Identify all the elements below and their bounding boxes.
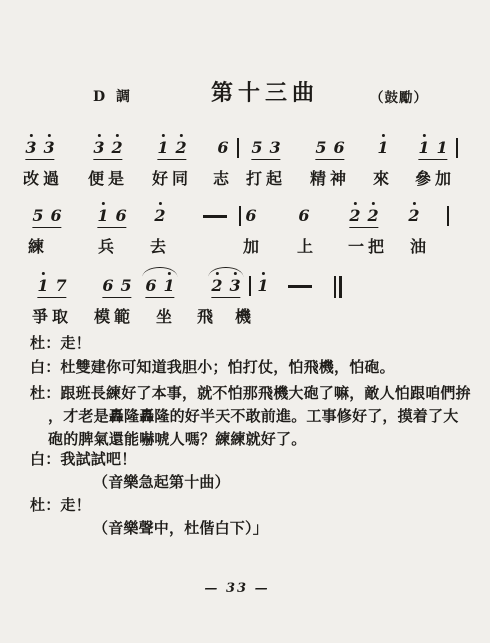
note-group: 23 <box>211 278 240 298</box>
octave-dot <box>412 202 415 205</box>
dialogue-line: 砲的脾氣還能嚇唬人嗎？練練就好了。 <box>48 430 306 448</box>
note-group: 56 <box>32 208 61 228</box>
dialogue-line: 白：杜雙建你可知道我胆小；怕打仗，怕飛機，怕砲。 <box>30 358 395 376</box>
stage-direction: （音樂聲中，杜偕白下）」 <box>93 519 268 537</box>
note-group: 11 <box>418 140 447 160</box>
note-group: 17 <box>37 278 66 298</box>
note-group: 2 <box>408 208 419 227</box>
octave-dot <box>41 272 44 275</box>
lyric: 練 <box>28 238 48 256</box>
barline <box>447 206 449 226</box>
lyric: 油 <box>410 238 430 256</box>
octave-dot <box>116 134 119 137</box>
lyric: 加 <box>243 238 263 256</box>
barline <box>237 138 239 158</box>
lyric: 去 <box>150 238 170 256</box>
octave-dot <box>101 202 104 205</box>
dialogue-line: 杜：走！ <box>30 496 91 514</box>
note-group: 16 <box>97 208 126 228</box>
note-group: 65 <box>102 278 131 298</box>
octave-dot <box>422 134 425 137</box>
note-group: 33 <box>25 140 54 160</box>
octave-dot <box>161 134 164 137</box>
lyric: 改過 <box>23 170 63 188</box>
dialogue-line: 白：我試試吧！ <box>30 450 136 468</box>
dialogue-line: 杜：走！ <box>30 334 91 352</box>
lyric: 打起 <box>246 170 286 188</box>
note-group: 1 <box>257 278 268 297</box>
lyric: 志 <box>213 170 233 188</box>
octave-dot <box>261 272 264 275</box>
dash-note <box>288 285 312 288</box>
lyric: 好同 <box>152 170 192 188</box>
octave-dot <box>381 134 384 137</box>
lyric: 上 <box>297 238 317 256</box>
note-group: 12 <box>157 140 186 160</box>
lyric: 便是 <box>88 170 128 188</box>
key-signature: D 調 <box>93 86 133 106</box>
note-group: 32 <box>93 140 122 160</box>
lyric: 坐 <box>156 308 176 326</box>
lyric: 參加 <box>415 170 455 188</box>
slur-arc <box>208 267 243 277</box>
lyric: 模範 <box>94 308 134 326</box>
octave-dot <box>29 134 32 137</box>
note-group: 6 <box>245 208 256 227</box>
octave-dot <box>372 202 375 205</box>
octave-dot <box>180 134 183 137</box>
dialogue-line: ，才老是轟隆轟隆的好半天不敢前進。工事修好了，摸着了大 <box>48 407 458 425</box>
stage-direction: （音樂急起第十曲） <box>93 473 230 491</box>
song-annotation: （鼓勵） <box>370 86 428 106</box>
octave-dot <box>353 202 356 205</box>
barline <box>456 138 458 158</box>
note-group: 53 <box>251 140 280 160</box>
song-title: 第十三曲 <box>211 76 319 107</box>
lyric: 一把 <box>348 238 388 256</box>
lyric: 兵 <box>98 238 118 256</box>
note-group: 61 <box>145 278 174 298</box>
lyric: 機 <box>235 308 255 326</box>
barline <box>239 206 241 226</box>
dialogue-line: 杜：跟班長練好了本事，就不怕那飛機大砲了嘛，敵人怕跟咱們拚 <box>30 384 471 402</box>
note-group: 1 <box>377 140 388 159</box>
note-group: 6 <box>298 208 309 227</box>
score-page: D 調 第十三曲 （鼓勵） 33321265356111改過便是好同志打起精神來… <box>0 0 490 643</box>
lyric: 來 <box>373 170 393 188</box>
final-barline <box>334 276 342 298</box>
octave-dot <box>97 134 100 137</box>
note-group: 56 <box>315 140 344 160</box>
lyric: 精神 <box>310 170 350 188</box>
octave-dot <box>48 134 51 137</box>
dash-note <box>203 215 227 218</box>
note-group: 22 <box>349 208 378 228</box>
page-number: — 33 — <box>204 581 269 596</box>
barline <box>249 276 251 296</box>
note-group: 2 <box>154 208 165 227</box>
lyric: 飛 <box>197 308 217 326</box>
octave-dot <box>158 202 161 205</box>
lyric: 爭取 <box>32 308 72 326</box>
note-group: 6 <box>217 140 228 159</box>
slur-arc <box>142 267 177 277</box>
